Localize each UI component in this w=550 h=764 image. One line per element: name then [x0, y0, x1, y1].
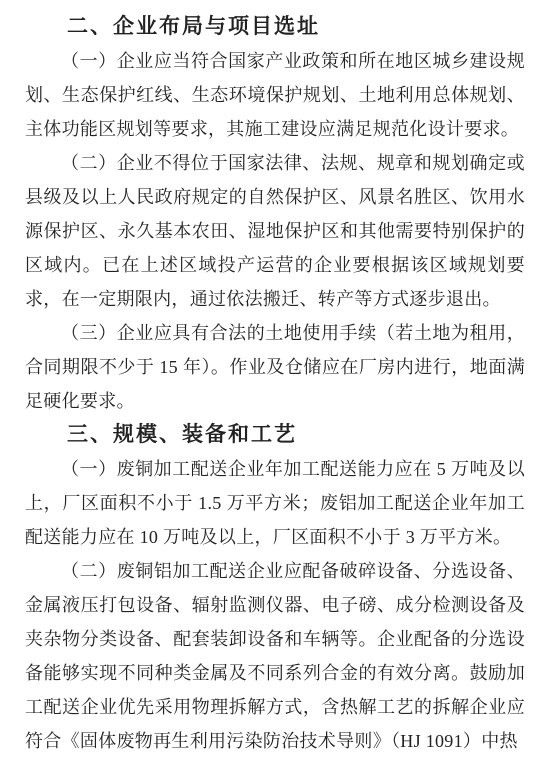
paragraph-prohibited-areas: （二）企业不得位于国家法律、法规、规章和规划确定或县级及以上人民政府规定的自然保…: [25, 146, 525, 316]
section-heading-enterprise-layout: 二、企业布局与项目选址: [25, 10, 525, 44]
document-page: 二、企业布局与项目选址 （一）企业应当符合国家产业政策和所在地区城乡建设规划、生…: [0, 0, 550, 764]
paragraph-land-use-procedures: （三）企业应具有合法的土地使用手续（若土地为租用，合同期限不少于 15 年）。作…: [25, 316, 525, 418]
section-heading-scale-equipment-process: 三、规模、装备和工艺: [25, 418, 525, 452]
paragraph-equipment-requirements: （二）废铜铝加工配送企业应配备破碎设备、分选设备、金属液压打包设备、辐射监测仪器…: [25, 554, 525, 758]
paragraph-capacity-requirements: （一）废铜加工配送企业年加工配送能力应在 5 万吨及以上，厂区面积不小于 1.5…: [25, 452, 525, 554]
paragraph-planning-compliance: （一）企业应当符合国家产业政策和所在地区城乡建设规划、生态保护红线、生态环境保护…: [25, 44, 525, 146]
